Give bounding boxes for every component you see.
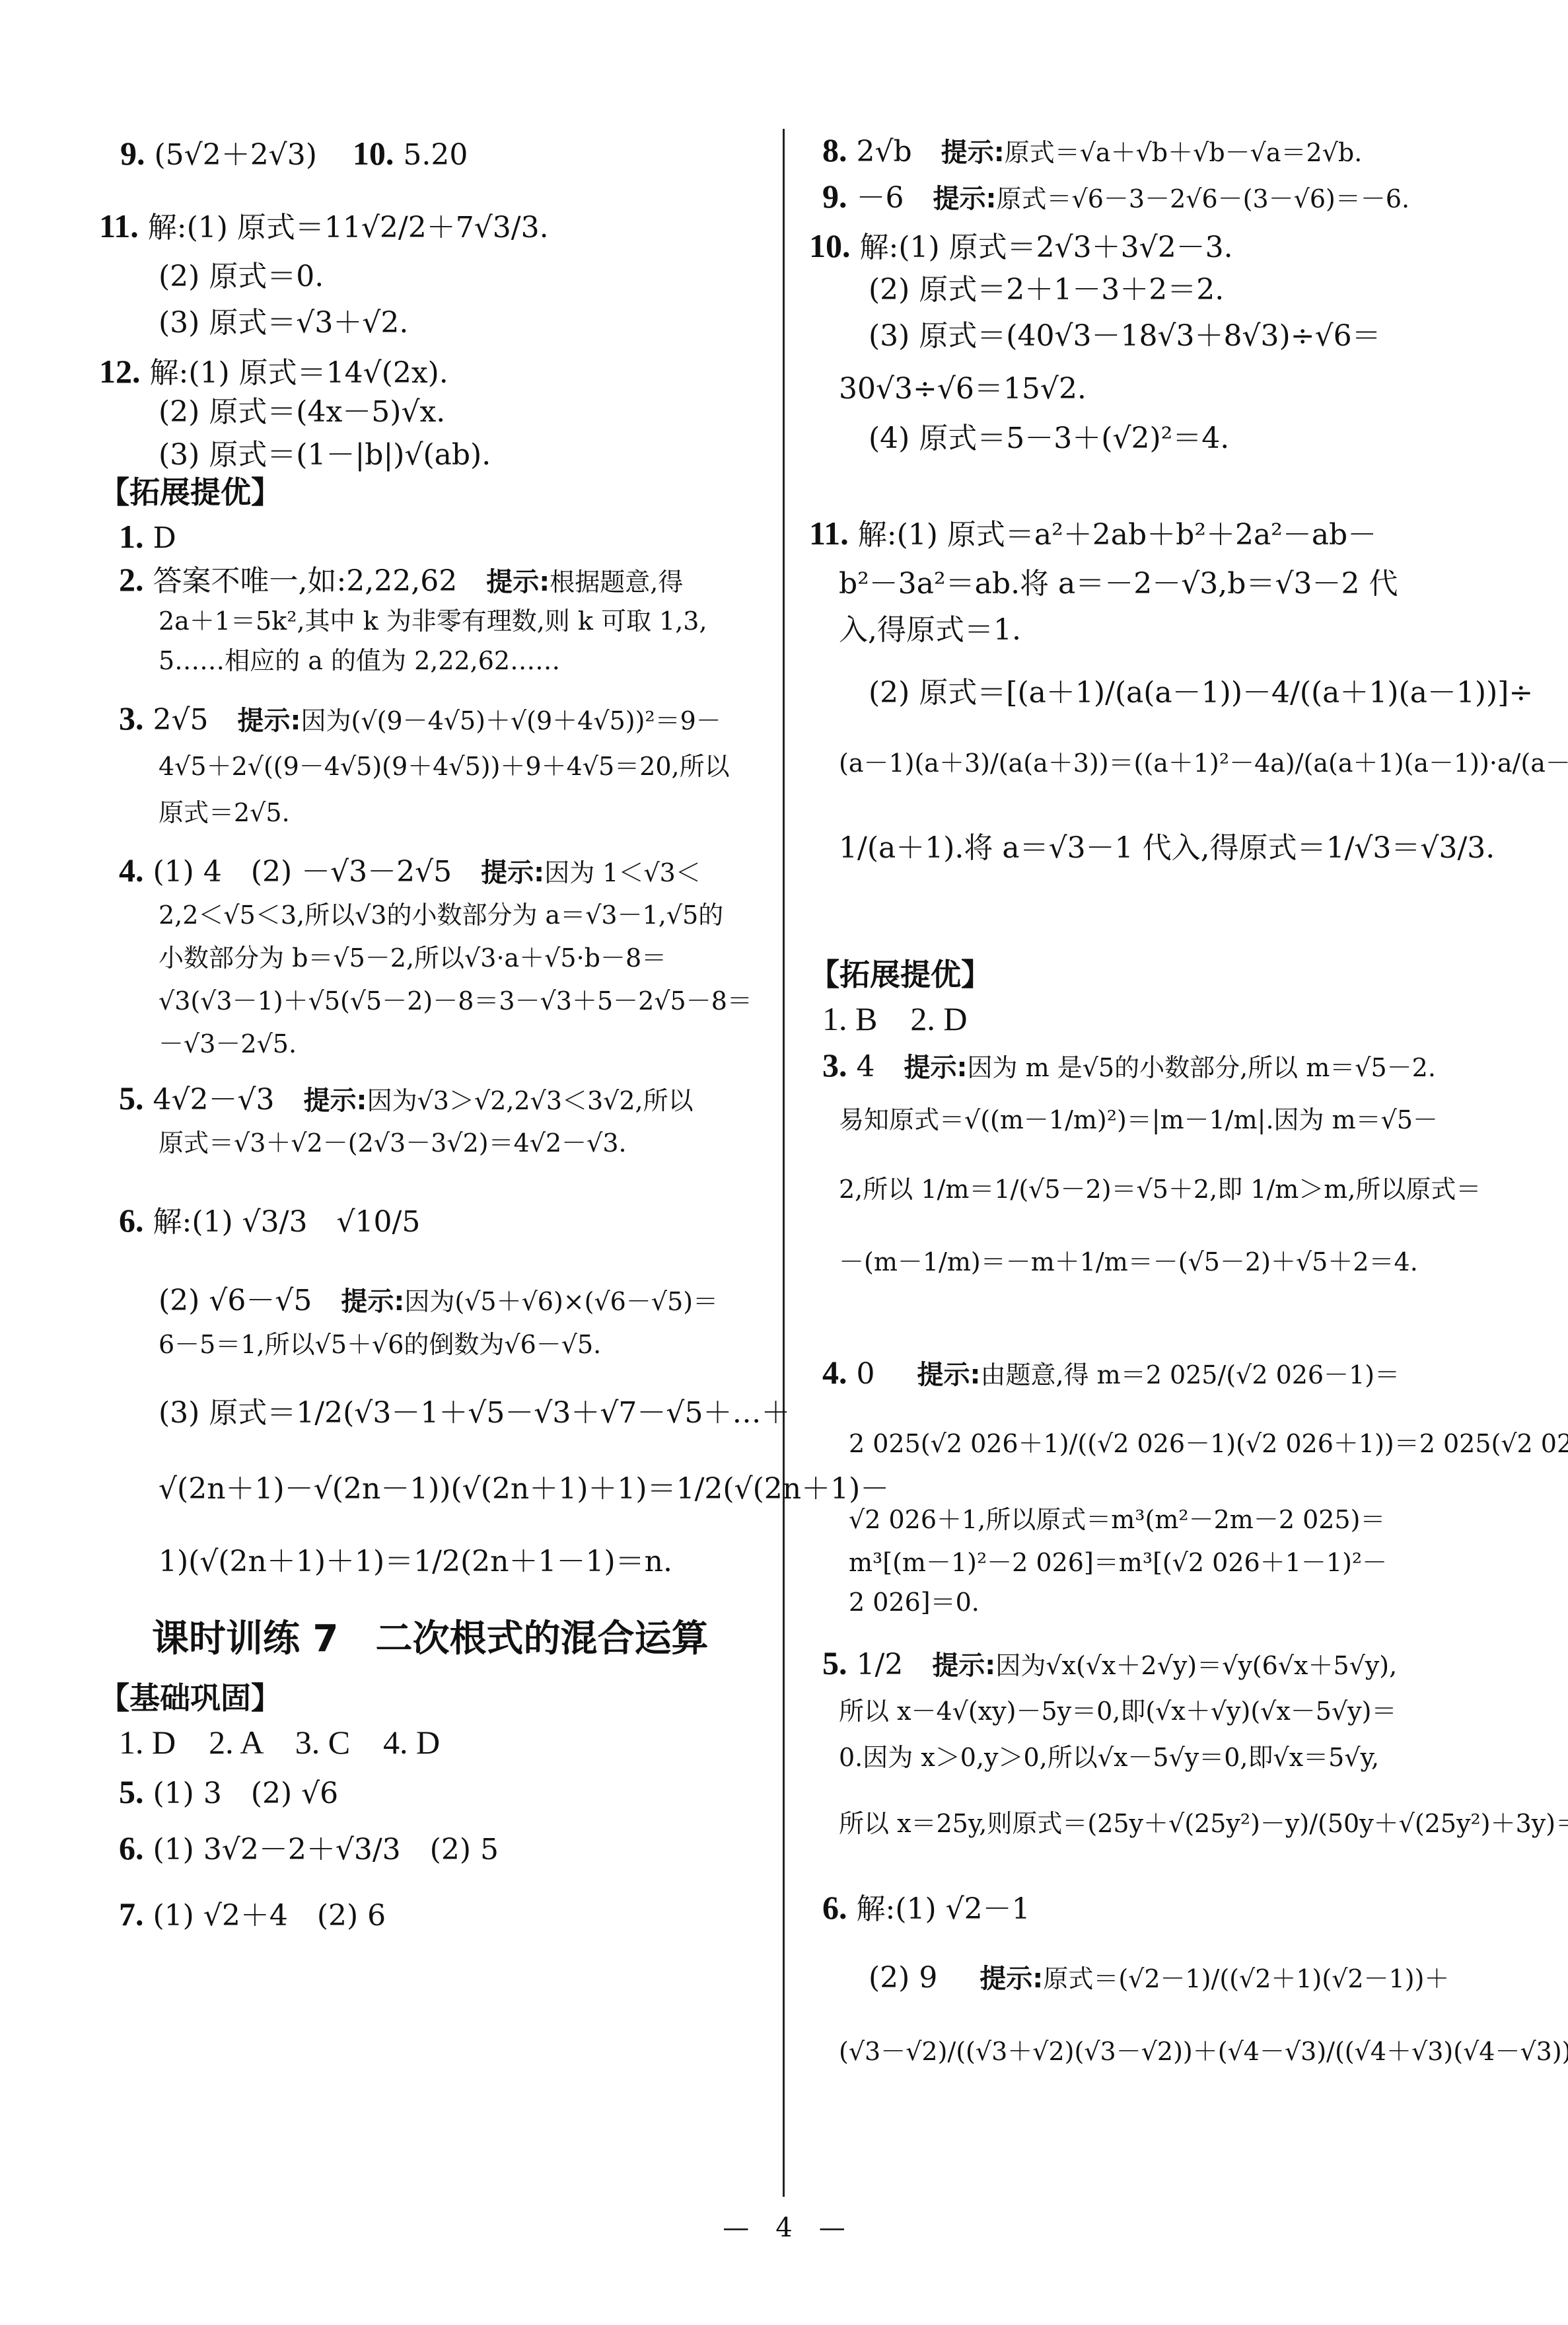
answer-text: －6 — [857, 181, 904, 215]
hint-label: 提示: — [933, 184, 997, 214]
answer-line: (3) 原式＝(40√3－18√3＋8√3)÷√6＝ — [809, 320, 1381, 352]
answer-text: (3) 原式＝√3＋√2. — [159, 306, 408, 340]
answer-text: 4 — [857, 1050, 875, 1084]
item-number: 6. — [119, 1202, 144, 1239]
answer-text: (2) 原式＝(4x－5)√x. — [159, 395, 445, 429]
answer-text: 2√b — [857, 135, 912, 168]
answer-line: 5. 4√2－√3 提示:因为√3＞√2,2√3＜3√2,所以 — [119, 1080, 694, 1117]
item-number: 9. — [120, 135, 145, 172]
answer-line: (2) 原式＝0. — [99, 261, 324, 293]
answer-line: (a－1)(a＋3)/(a(a＋3))＝((a＋1)²－4a)/(a(a＋1)(… — [839, 750, 1568, 778]
hint-text: 因为√x(√x＋2√y)＝√y(6√x＋5√y), — [995, 1651, 1397, 1680]
answer-line: 入,得原式＝1. — [839, 614, 1021, 646]
answer-line: 1. D — [119, 519, 176, 555]
answer-line: 5……相应的 a 的值为 2,22,62…… — [99, 647, 560, 675]
answer-text: (2) √6－√5 — [159, 1284, 312, 1317]
hint-label: 提示: — [904, 1052, 968, 1083]
hint-text: 5……相应的 a 的值为 2,22,62…… — [159, 646, 560, 675]
hint-text: 因为√3＞√2,2√3＜3√2,所以 — [367, 1086, 694, 1115]
item-number: 11. — [99, 207, 139, 244]
lesson-title: 课时训练 7 二次根式的混合运算 — [152, 1619, 708, 1660]
answer-text: (1) √2＋4 (2) 6 — [153, 1899, 386, 1933]
answer-line: 所以 x－4√(xy)－5y＝0,即(√x＋√y)(√x－5√y)＝ — [839, 1698, 1396, 1726]
answer-text: 解:(1) 原式＝11√2/2＋7√3/3. — [148, 211, 549, 244]
answer-text: 1. D 2. A 3. C 4. D — [119, 1724, 440, 1761]
hint-text: 所以 x－4√(xy)－5y＝0,即(√x＋√y)(√x－5√y)＝ — [839, 1697, 1396, 1726]
answer-line: 1)(√(2n＋1)＋1)＝1/2(2n＋1－1)＝n. — [99, 1546, 672, 1578]
answer-text: (2) 原式＝[(a＋1)/(a(a－1))－4/((a＋1)(a－1))]÷ — [869, 676, 1533, 710]
answer-line: (2) 原式＝[(a＋1)/(a(a－1))－4/((a＋1)(a－1))]÷ — [809, 677, 1533, 709]
item-number: 3. — [119, 700, 144, 737]
answer-line: 6. 解:(1) √2－1 — [822, 1890, 1030, 1926]
hint-label: 提示: — [486, 567, 550, 597]
answer-line: 5. (1) 3 (2) √6 — [119, 1774, 338, 1810]
section-heading: 【拓展提优】 — [99, 476, 281, 509]
answer-line: (3) 原式＝√3＋√2. — [99, 307, 408, 339]
column-divider — [783, 129, 785, 2197]
hint-text: (√3－√2)/((√3＋√2)(√3－√2))＋(√4－√3)/((√4＋√3… — [839, 2037, 1568, 2066]
answer-line: 4. 0 提示:由题意,得 m＝2 025/(√2 026－1)＝ — [822, 1354, 1400, 1391]
answer-line: 11. 解:(1) 原式＝a²＋2ab＋b²＋2a²－ab－ — [809, 515, 1376, 552]
hint-text: √3(√3－1)＋√5(√5－2)－8＝3－√3＋5－2√5－8＝ — [159, 986, 752, 1015]
answer-text: (1) 3√2－2＋√3/3 (2) 5 — [153, 1833, 499, 1866]
answer-text: 1/(a＋1).将 a＝√3－1 代入,得原式＝1/√3＝√3/3. — [839, 831, 1495, 865]
answer-line: √3(√3－1)＋√5(√5－2)－8＝3－√3＋5－2√5－8＝ — [99, 988, 752, 1015]
hint-text: 4√5＋2√((9－4√5)(9＋4√5))＋9＋4√5＝20,所以 — [159, 752, 730, 781]
hint-text: m³[(m－1)²－2 026]＝m³[(√2 026＋1－1)²－ — [849, 1548, 1387, 1577]
answer-line: 2 026]＝0. — [849, 1589, 980, 1617]
answer-line: 3. 4 提示:因为 m 是√5的小数部分,所以 m＝√5－2. — [822, 1047, 1436, 1084]
answer-line: 2a＋1＝5k²,其中 k 为非零有理数,则 k 可取 1,3, — [99, 608, 707, 636]
hint-text: 原式＝(√2－1)/((√2＋1)(√2－1))＋ — [1043, 1964, 1449, 1993]
item-number: 5. — [822, 1644, 847, 1681]
answer-text: 1/2 — [857, 1648, 904, 1681]
answer-text: 解:(1) 原式＝2√3＋3√2－3. — [860, 231, 1233, 264]
answer-line: 6. (1) 3√2－2＋√3/3 (2) 5 — [119, 1830, 499, 1866]
item-number: 6. — [822, 1889, 847, 1926]
answer-text: (3) 原式＝1/2(√3－1＋√5－√3＋√7－√5＋…＋ — [159, 1396, 790, 1430]
answer-line: (2) 原式＝2＋1－3＋2＝2. — [809, 274, 1224, 306]
hint-text: √2 026＋1,所以原式＝m³(m²－2m－2 025)＝ — [849, 1505, 1385, 1534]
answer-line: 6. 解:(1) √3/3 √10/5 — [119, 1202, 420, 1239]
answer-line: 2,2＜√5＜3,所以√3的小数部分为 a＝√3－1,√5的 — [99, 902, 723, 930]
hint-label: 提示: — [980, 1964, 1043, 1994]
hint-text: 2,所以 1/m＝1/(√5－2)＝√5＋2,即 1/m＞m,所以原式＝ — [839, 1175, 1481, 1204]
answer-text: 答案不唯一,如:2,22,62 — [153, 564, 458, 598]
item-number: 8. — [822, 131, 847, 168]
answer-line: 1. B 2. D — [822, 1001, 967, 1037]
answer-text: (1) 3 (2) √6 — [153, 1777, 339, 1810]
answer-text: 解:(1) √2－1 — [857, 1892, 1030, 1926]
answer-text: (3) 原式＝(40√3－18√3＋8√3)÷√6＝ — [869, 319, 1381, 353]
hint-text: 因为 1＜√3＜ — [544, 858, 701, 887]
answer-line: m³[(m－1)²－2 026]＝m³[(√2 026＋1－1)²－ — [849, 1549, 1387, 1577]
answer-line: －√3－2√5. — [99, 1031, 297, 1058]
answer-text: 入,得原式＝1. — [839, 613, 1021, 647]
answer-line: (2) 原式＝(4x－5)√x. — [99, 396, 445, 428]
answer-line: 30√3÷√6＝15√2. — [839, 373, 1087, 405]
answer-line: (4) 原式＝5－3＋(√2)²＝4. — [809, 423, 1229, 455]
answer-text: (4) 原式＝5－3＋(√2)²＝4. — [869, 422, 1229, 455]
hint-text: 原式＝√6－3－2√6－(3－√6)＝－6. — [997, 184, 1410, 213]
hint-text: 2a＋1＝5k²,其中 k 为非零有理数,则 k 可取 1,3, — [159, 607, 707, 636]
hint-text: 易知原式＝√((m－1/m)²)＝|m－1/m|.因为 m＝√5－ — [839, 1105, 1438, 1134]
answer-line: 7. (1) √2＋4 (2) 6 — [119, 1896, 386, 1933]
answer-text: D — [153, 521, 176, 555]
answer-line: 11. 解:(1) 原式＝11√2/2＋7√3/3. — [99, 208, 549, 244]
footer-dash: — — [793, 2213, 845, 2243]
hint-text: 原式＝2√5. — [159, 798, 290, 827]
item-number: 4. — [822, 1354, 847, 1391]
item-number: 5. — [119, 1773, 144, 1810]
hint-text: 2 026]＝0. — [849, 1588, 980, 1617]
hint-label: 提示: — [941, 137, 1005, 168]
answer-text: 2√5 — [153, 703, 209, 737]
item-number: 6. — [119, 1829, 144, 1866]
answer-text: (2) 原式＝2＋1－3＋2＝2. — [869, 273, 1224, 307]
answer-text: 解:(1) 原式＝a²＋2ab＋b²＋2a²－ab－ — [858, 518, 1376, 552]
answer-line: (2) √6－√5 提示:因为(√5＋√6)×(√6－√5)＝ — [99, 1285, 718, 1317]
answer-line: 0.因为 x＞0,y＞0,所以√x－5√y＝0,即√x＝5√y, — [839, 1744, 1379, 1772]
item-number: 10. — [353, 135, 394, 172]
item-number: 10. — [809, 227, 851, 264]
hint-label: 提示: — [917, 1360, 981, 1390]
hint-text: －√3－2√5. — [159, 1029, 297, 1058]
section-heading: 【拓展提优】 — [809, 958, 991, 992]
answer-line: 3. 2√5 提示:因为(√(9－4√5)＋√(9＋4√5))²＝9－ — [119, 700, 721, 737]
answer-text: 0 — [857, 1357, 875, 1391]
answer-line: 2 025(√2 026＋1)/((√2 026－1)(√2 026＋1))＝2… — [849, 1430, 1568, 1458]
answer-line: 小数部分为 b＝√5－2,所以√3·a＋√5·b－8＝ — [99, 945, 666, 973]
item-number: 12. — [99, 353, 141, 390]
hint-text: 因为 m 是√5的小数部分,所以 m＝√5－2. — [968, 1053, 1436, 1082]
answer-line: 4√5＋2√((9－4√5)(9＋4√5))＋9＋4√5＝20,所以 — [99, 753, 730, 781]
answer-line: 1/(a＋1).将 a＝√3－1 代入,得原式＝1/√3＝√3/3. — [839, 832, 1495, 864]
item-number: 7. — [119, 1896, 144, 1933]
answer-line: (2) 9 提示:原式＝(√2－1)/((√2＋1)(√2－1))＋ — [809, 1962, 1449, 1994]
hint-text: 原式＝√a＋√b＋√b－√a＝2√b. — [1005, 138, 1363, 167]
answer-line: 1. D 2. A 3. C 4. D — [119, 1724, 440, 1761]
answer-line: 12. 解:(1) 原式＝14√(2x). — [99, 353, 448, 390]
answer-line: b²－3a²＝ab.将 a＝－2－√3,b＝√3－2 代 — [839, 568, 1398, 600]
hint-text: 小数部分为 b＝√5－2,所以√3·a＋√5·b－8＝ — [159, 943, 666, 973]
answer-text: 4√2－√3 — [153, 1083, 275, 1117]
answer-line: 8. 2√b 提示:原式＝√a＋√b＋√b－√a＝2√b. — [822, 132, 1362, 168]
hint-label: 提示: — [932, 1650, 995, 1681]
item-number: 5. — [119, 1080, 144, 1117]
hint-label: 提示: — [481, 858, 544, 888]
item-number: 11. — [809, 515, 849, 552]
answer-text: 1)(√(2n＋1)＋1)＝1/2(2n＋1－1)＝n. — [159, 1545, 672, 1578]
answer-text: (3) 原式＝(1－|b|)√(ab). — [159, 438, 491, 472]
answer-text: (2) 9 — [869, 1961, 937, 1995]
answer-line: (√3－√2)/((√3＋√2)(√3－√2))＋(√4－√3)/((√4＋√3… — [839, 2038, 1568, 2066]
answer-line: 所以 x＝25y,则原式＝(25y＋√(25y²)－y)/(50y＋√(25y²… — [839, 1810, 1568, 1838]
item-number: 3. — [822, 1047, 847, 1084]
answer-line: 5. 1/2 提示:因为√x(√x＋2√y)＝√y(6√x＋5√y), — [822, 1645, 1397, 1681]
hint-text: 6－5＝1,所以√5＋√6的倒数为√6－√5. — [159, 1330, 601, 1359]
hint-text: 因为(√5＋√6)×(√6－√5)＝ — [404, 1287, 718, 1316]
answer-line: √2 026＋1,所以原式＝m³(m²－2m－2 025)＝ — [849, 1506, 1385, 1534]
item-number: 2. — [119, 561, 144, 598]
answer-text: 5.20 — [403, 138, 468, 172]
item-number: 9. — [822, 178, 847, 215]
answer-line: (3) 原式＝1/2(√3－1＋√5－√3＋√7－√5＋…＋ — [99, 1397, 790, 1429]
hint-label: 提示: — [238, 706, 301, 736]
answer-line: 10. 解:(1) 原式＝2√3＋3√2－3. — [809, 228, 1233, 264]
hint-label: 提示: — [341, 1286, 404, 1317]
hint-label: 提示: — [304, 1086, 367, 1116]
answer-text: (a－1)(a＋3)/(a(a＋3))＝((a＋1)²－4a)/(a(a＋1)(… — [839, 749, 1568, 778]
answer-text: 解:(1) √3/3 √10/5 — [153, 1205, 421, 1239]
answer-line: √(2n＋1)－√(2n－1))(√(2n＋1)＋1)＝1/2(√(2n＋1)－ — [99, 1473, 889, 1505]
answer-line: 6－5＝1,所以√5＋√6的倒数为√6－√5. — [99, 1331, 601, 1359]
item-number: 1. — [119, 518, 144, 555]
hint-text: 所以 x＝25y,则原式＝(25y＋√(25y²)－y)/(50y＋√(25y²… — [839, 1809, 1568, 1838]
hint-text: 2 025(√2 026＋1)/((√2 026－1)(√2 026＋1))＝2… — [849, 1429, 1568, 1458]
answer-text: 30√3÷√6＝15√2. — [839, 372, 1087, 406]
page-number: 4 — [775, 2213, 792, 2243]
hint-text: 2,2＜√5＜3,所以√3的小数部分为 a＝√3－1,√5的 — [159, 901, 723, 930]
answer-line: －(m－1/m)＝－m＋1/m＝－(√5－2)＋√5＋2＝4. — [839, 1249, 1418, 1276]
answer-text: 1. B 2. D — [822, 1000, 967, 1037]
answer-text: (2) 原式＝0. — [159, 260, 324, 293]
answer-text: (5√2＋2√3) — [155, 138, 317, 172]
answer-line: 9. －6 提示:原式＝√6－3－2√6－(3－√6)＝－6. — [822, 178, 1409, 215]
answer-line: 2. 答案不唯一,如:2,22,62 提示:根据题意,得 — [119, 562, 683, 598]
item-number: 4. — [119, 852, 144, 889]
answer-text: √(2n＋1)－√(2n－1))(√(2n＋1)＋1)＝1/2(√(2n＋1)－ — [159, 1472, 889, 1506]
hint-text: 由题意,得 m＝2 025/(√2 026－1)＝ — [981, 1360, 1400, 1389]
answer-line: 原式＝√3＋√2－(2√3－3√2)＝4√2－√3. — [99, 1130, 627, 1158]
hint-text: 0.因为 x＞0,y＞0,所以√x－5√y＝0,即√x＝5√y, — [839, 1743, 1379, 1772]
answer-line: 2,所以 1/m＝1/(√5－2)＝√5＋2,即 1/m＞m,所以原式＝ — [839, 1176, 1481, 1204]
section-heading: 【基础巩固】 — [99, 1681, 281, 1715]
answer-text: (1) 4 (2) －√3－2√5 — [153, 855, 452, 889]
footer-dash: — — [723, 2213, 775, 2243]
hint-text: 根据题意,得 — [550, 568, 683, 597]
answer-line: 易知原式＝√((m－1/m)²)＝|m－1/m|.因为 m＝√5－ — [839, 1107, 1438, 1134]
answer-text: 解:(1) 原式＝14√(2x). — [150, 356, 448, 390]
answer-line: (3) 原式＝(1－|b|)√(ab). — [99, 439, 491, 471]
hint-text: 因为(√(9－4√5)＋√(9＋4√5))²＝9－ — [301, 706, 721, 735]
answer-text: b²－3a²＝ab.将 a＝－2－√3,b＝√3－2 代 — [839, 567, 1398, 601]
answer-line: 4. (1) 4 (2) －√3－2√5 提示:因为 1＜√3＜ — [119, 852, 701, 889]
hint-text: －(m－1/m)＝－m＋1/m＝－(√5－2)＋√5＋2＝4. — [839, 1247, 1418, 1276]
hint-text: 原式＝√3＋√2－(2√3－3√2)＝4√2－√3. — [159, 1128, 627, 1158]
page-footer: — 4 — — [0, 2207, 1568, 2244]
answer-line: 原式＝2√5. — [99, 799, 290, 827]
answer-line: 9. (5√2＋2√3) 10. 5.20 — [120, 135, 468, 172]
